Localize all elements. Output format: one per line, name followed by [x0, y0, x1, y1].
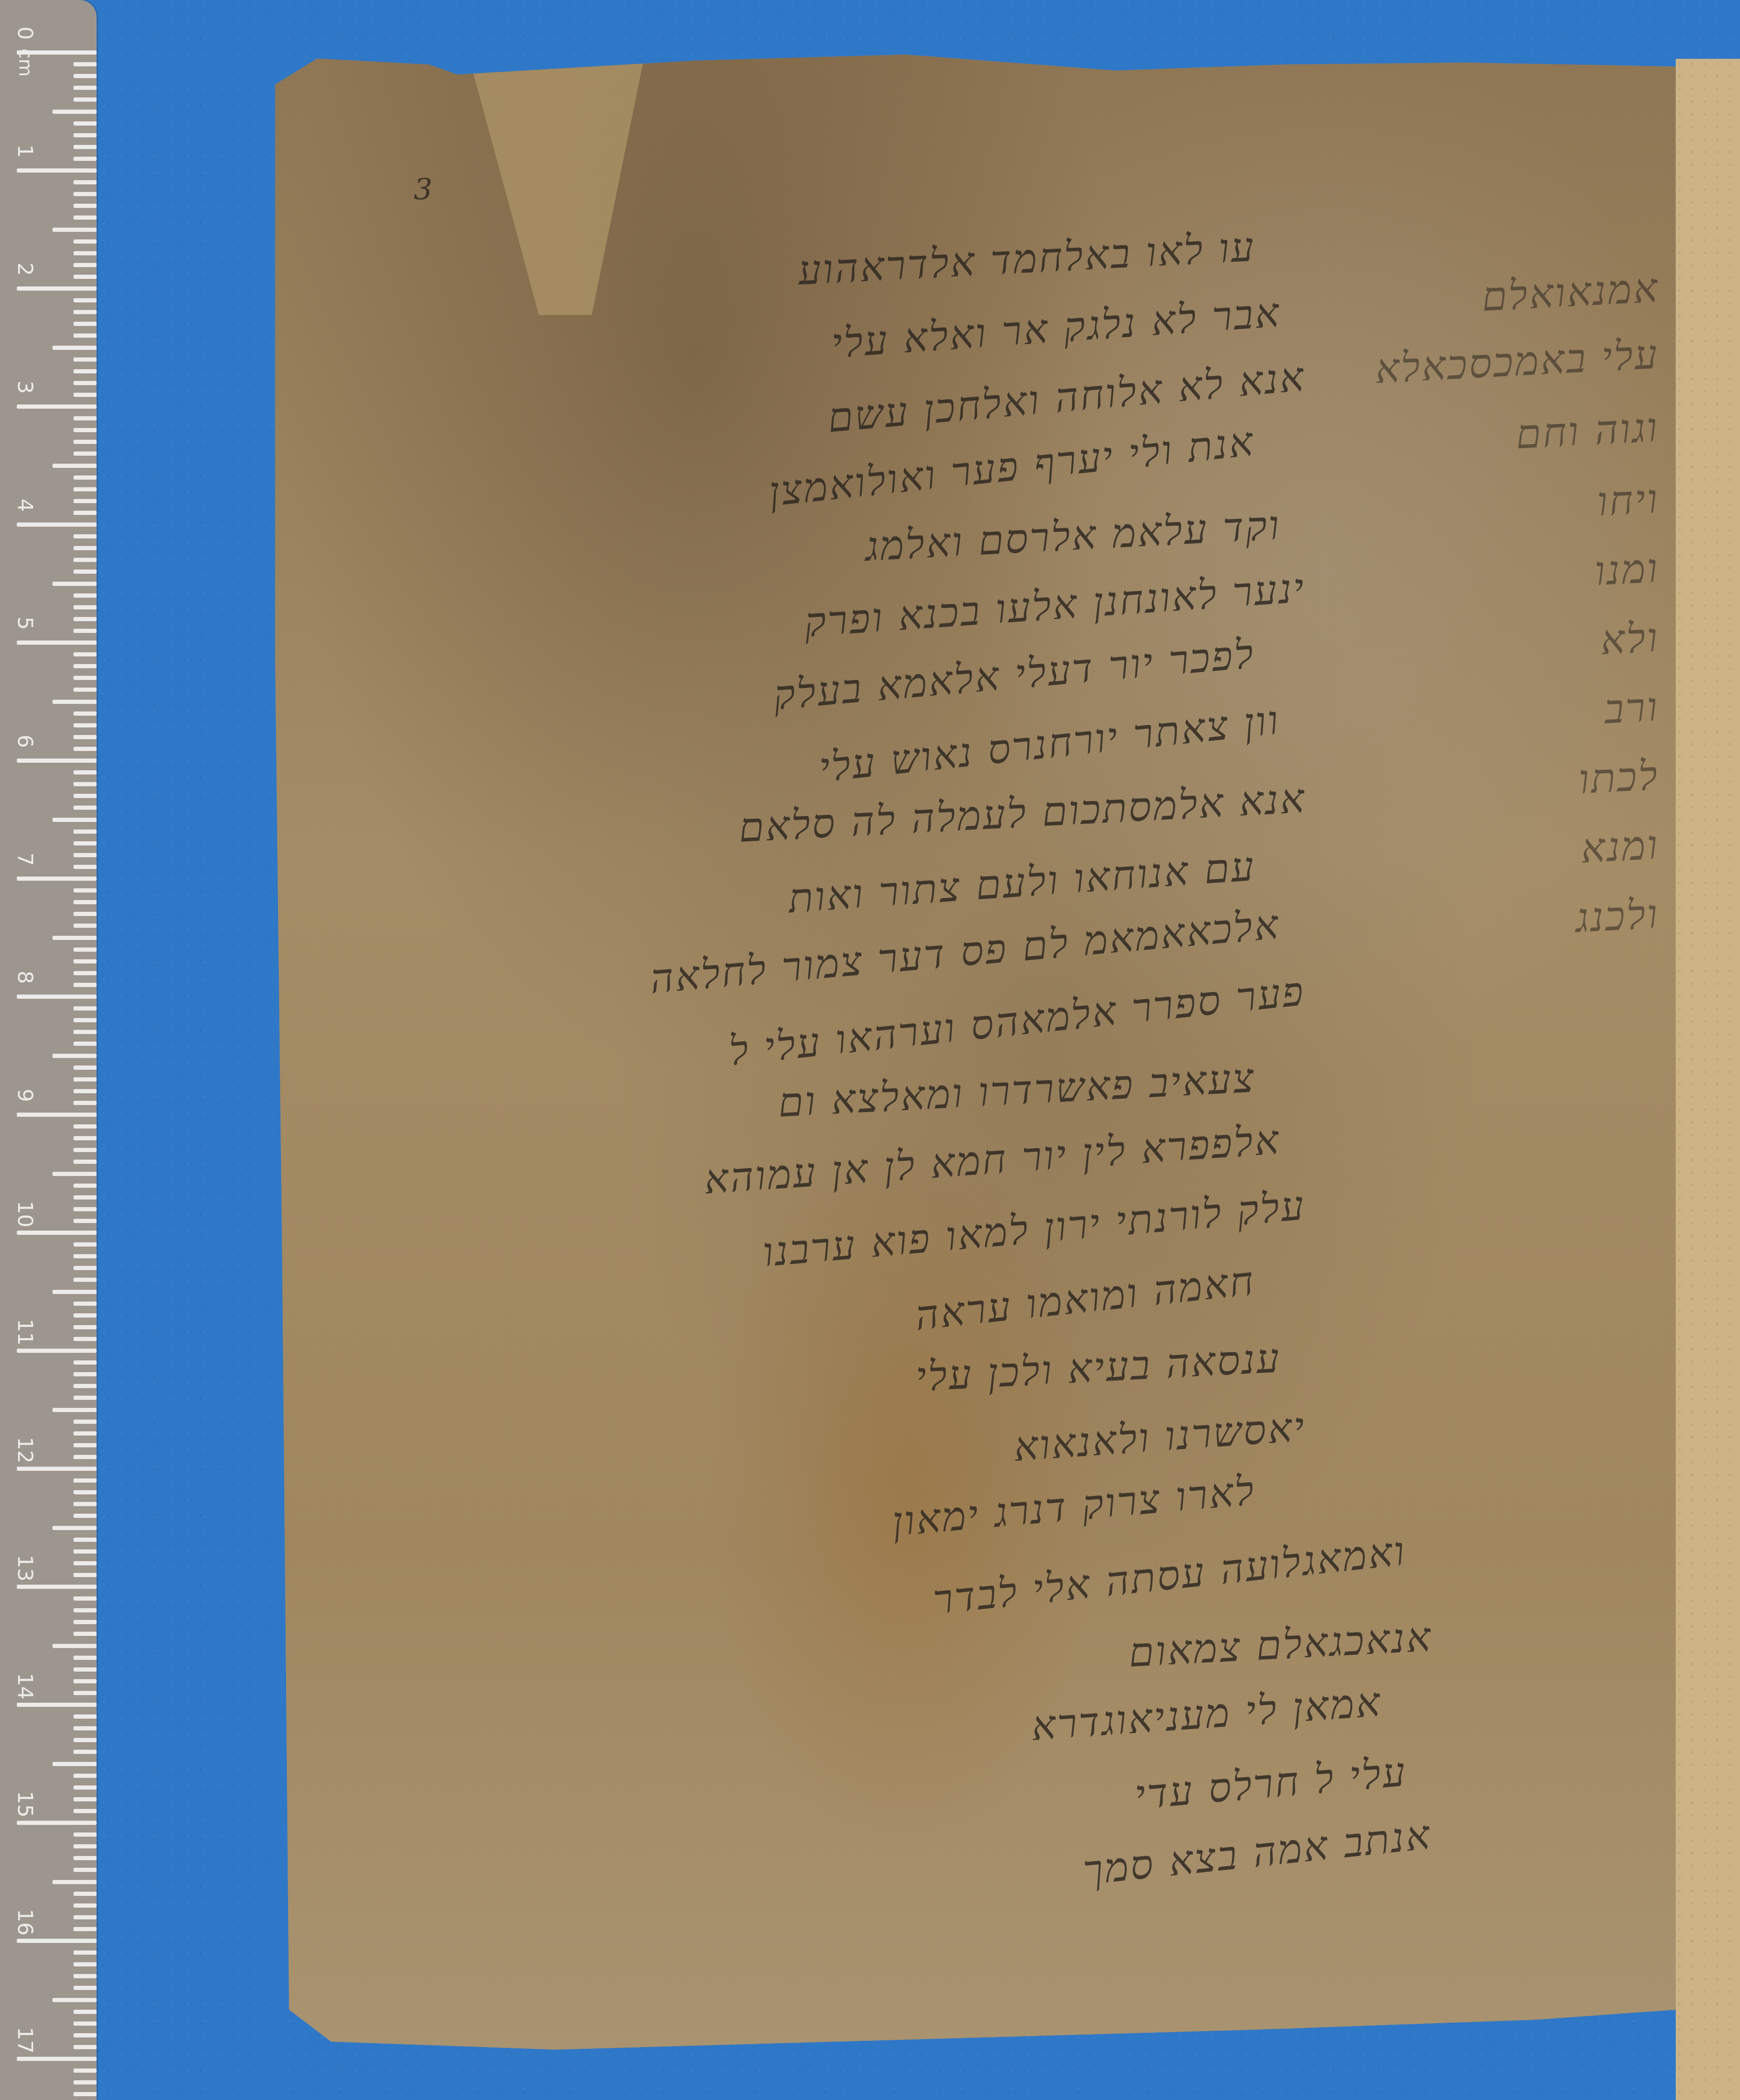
- ruler-tick: [17, 877, 97, 881]
- ruler-tick: [17, 1467, 97, 1471]
- ruler-tick: [17, 168, 97, 173]
- ruler-tick: [17, 1231, 97, 1235]
- ruler-number: 14: [13, 1673, 37, 1698]
- manuscript-line: עו לאו באלחמד אלדראהוע: [797, 223, 1257, 294]
- ruler-tick: [73, 215, 97, 220]
- manuscript-fragment: 3 עו לאו באלחמד אלדראהועאבר לא נלגק אר ו…: [275, 55, 1676, 2050]
- manuscript-line: חאמה ומואמו עראה: [913, 1257, 1257, 1339]
- ruler-tick: [73, 900, 97, 904]
- ruler-tick: [52, 228, 97, 232]
- ruler-tick: [73, 1986, 97, 1990]
- manuscript-right-line: אמנאואלם: [1480, 264, 1660, 320]
- ruler-tick: [73, 1656, 97, 1660]
- ruler-tick: [17, 286, 97, 291]
- ruler-tick: [73, 381, 97, 385]
- ruler-tick: [73, 723, 97, 727]
- ruler-tick: [73, 1184, 97, 1188]
- ruler-tick: [73, 1302, 97, 1306]
- torn-area: [468, 55, 645, 315]
- ruler-tick: [73, 2010, 97, 2014]
- ruler-tick: [73, 1478, 97, 1483]
- ruler-tick: [73, 1596, 97, 1601]
- ruler-number: 4: [13, 493, 37, 518]
- ruler-tick: [73, 1136, 97, 1140]
- manuscript-line: יאסשרנו ולאנאוא: [1012, 1403, 1307, 1470]
- ruler-tick: [73, 1950, 97, 1955]
- ruler-tick: [73, 617, 97, 621]
- ruler-tick: [17, 640, 97, 645]
- manuscript-line: אמאן לי מעניאוגדרא: [1030, 1678, 1383, 1750]
- ruler-tick: [52, 110, 97, 114]
- ruler-tick: [73, 1844, 97, 1848]
- ruler-tick: [73, 428, 97, 432]
- ruler-tick: [73, 794, 97, 798]
- ruler-number: 17: [13, 2027, 37, 2052]
- ruler-tick: [52, 464, 97, 468]
- manuscript-line: אבר לא נלגק אר ואלא עלי: [830, 289, 1282, 367]
- ruler-tick: [73, 511, 97, 515]
- ruler-tick: [73, 416, 97, 420]
- ruler-tick: [73, 322, 97, 326]
- ruler-tick: [73, 1077, 97, 1081]
- manuscript-line: אנאכגאלם צמאום: [1127, 1613, 1433, 1676]
- ruler-tick: [52, 346, 97, 350]
- ruler-tick: [73, 1573, 97, 1577]
- ruler-tick: [73, 546, 97, 550]
- ruler-tick: [73, 1148, 97, 1152]
- ruler-number: 9: [13, 1083, 37, 1108]
- ruler-tick: [73, 711, 97, 716]
- ruler-tick: [17, 522, 97, 527]
- ruler-tick: [73, 1691, 97, 1695]
- ruler-tick: [73, 451, 97, 456]
- ruler-tick: [17, 2057, 97, 2061]
- margin-mark: 3: [414, 172, 434, 207]
- ruler-tick: [73, 1124, 97, 1129]
- ruler-number: 3: [13, 375, 37, 400]
- ruler-tick: [73, 747, 97, 751]
- ruler-tick: [73, 1066, 97, 1070]
- ruler-tick: [52, 582, 97, 586]
- manuscript-right-line: וגוה וחם: [1514, 404, 1660, 458]
- ruler-tick: [73, 853, 97, 857]
- ruler-tick: [73, 676, 97, 680]
- ruler-tick: [73, 1018, 97, 1022]
- ruler-tick: [73, 888, 97, 892]
- ruler-tick: [73, 1726, 97, 1730]
- ruler-number: 13: [13, 1555, 37, 1580]
- ruler-tick: [17, 1113, 97, 1117]
- ruler-tick: [52, 936, 97, 940]
- ruler-number: 7: [13, 847, 37, 872]
- ruler-number: 1: [13, 139, 37, 164]
- ruler-tick: [73, 1278, 97, 1282]
- ruler-tick: [73, 1620, 97, 1624]
- ruler-tick: [73, 1714, 97, 1719]
- ruler-tick: [73, 475, 97, 480]
- ruler-tick: [73, 2092, 97, 2096]
- ruler-tick: [73, 275, 97, 279]
- ruler-tick: [73, 145, 97, 149]
- ruler-tick: [73, 1195, 97, 1200]
- ruler-tick: [73, 1502, 97, 1506]
- ruler-number: 0: [13, 21, 37, 46]
- ruler-tick: [73, 333, 97, 338]
- ruler-tick: [73, 1207, 97, 1211]
- ruler-number: 8: [13, 965, 37, 990]
- ruler-tick: [73, 2080, 97, 2084]
- manuscript-line: לארו צרוק דנרג ימאון: [890, 1467, 1257, 1545]
- ruler-tick: [73, 629, 97, 633]
- ruler-tick: [17, 1585, 97, 1589]
- ruler-tick: [52, 1054, 97, 1058]
- ruler-tick: [73, 735, 97, 739]
- ruler-tick: [73, 1797, 97, 1801]
- backing-paper-strip: [1676, 59, 1740, 2100]
- ruler-tick: [73, 157, 97, 161]
- manuscript-line: ואמאגלועה עסתה אלי לבדר: [931, 1527, 1408, 1624]
- ruler-number: 5: [13, 611, 37, 636]
- manuscript-right-line: ולא: [1599, 614, 1660, 664]
- ruler-tick: [73, 97, 97, 102]
- ruler-number: 10: [13, 1201, 37, 1226]
- ruler-tick: [73, 1313, 97, 1318]
- ruler-number: 16: [13, 1909, 37, 1934]
- ruler-tick: [73, 2045, 97, 2049]
- ruler-tick: [73, 912, 97, 916]
- ruler-tick: [73, 1632, 97, 1636]
- ruler-tick: [52, 700, 97, 704]
- manuscript-line: אנתב אמה בצא סמך: [1081, 1811, 1434, 1894]
- manuscript-right-line: לכתו: [1577, 752, 1660, 803]
- ruler-tick: [73, 1490, 97, 1494]
- ruler-tick: [73, 1892, 97, 1896]
- ruler-tick: [73, 829, 97, 834]
- ruler-tick: [73, 1738, 97, 1742]
- manuscript-right-line: ומנו: [1593, 544, 1660, 595]
- ruler-tick: [73, 770, 97, 774]
- ruler-tick: [73, 1667, 97, 1672]
- manuscript-right-line: ויחו: [1596, 475, 1660, 525]
- ruler-tick: [73, 1455, 97, 1459]
- ruler: cm 01234567891011121314151617: [0, 0, 97, 2100]
- ruler-tick: [73, 605, 97, 609]
- manuscript-right-line: ומנא: [1580, 821, 1660, 872]
- ruler-tick: [73, 251, 97, 255]
- ruler-tick: [52, 1998, 97, 2002]
- ruler-tick: [73, 664, 97, 668]
- ruler-tick: [73, 558, 97, 562]
- ruler-tick: [73, 570, 97, 574]
- manuscript-line: וון צאתר יורחנרס נאוש עלי: [817, 696, 1282, 792]
- manuscript-right-line: ולכנג: [1574, 890, 1660, 942]
- ruler-tick: [52, 1172, 97, 1176]
- ruler-tick: [73, 239, 97, 244]
- ruler-tick: [73, 1514, 97, 1518]
- ruler-tick: [73, 133, 97, 137]
- ruler-tick: [73, 1384, 97, 1388]
- ruler-tick: [73, 841, 97, 845]
- ruler-tick: [73, 806, 97, 810]
- ruler-tick: [73, 924, 97, 928]
- ruler-tick: [73, 1396, 97, 1400]
- ruler-tick: [73, 357, 97, 362]
- ruler-tick: [52, 1880, 97, 1884]
- manuscript-line: אלפפרא לין יור חמא לן אן עמוהא: [703, 1116, 1282, 1203]
- ruler-tick: [73, 62, 97, 66]
- ruler-tick: [73, 1030, 97, 1034]
- ruler-tick: [73, 1561, 97, 1565]
- manuscript-line: וקד עלאמ אלרסם ואלמג: [864, 501, 1282, 570]
- ruler-tick: [73, 1431, 97, 1436]
- ruler-tick: [52, 1762, 97, 1766]
- ruler-number: 15: [13, 1791, 37, 1816]
- manuscript-right-line: עלי באמכסכאלא: [1374, 331, 1660, 392]
- ruler-tick: [73, 959, 97, 963]
- ruler-tick: [73, 1868, 97, 1872]
- manuscript-line: ענסאה בעיא ולכן עלי: [914, 1334, 1282, 1400]
- ruler-number: 2: [13, 257, 37, 282]
- ruler-tick: [73, 971, 97, 975]
- ruler-tick: [73, 1160, 97, 1164]
- ruler-tick: [73, 1903, 97, 1908]
- ruler-tick: [73, 688, 97, 692]
- ruler-tick: [73, 1774, 97, 1778]
- ruler-tick: [73, 1254, 97, 1258]
- ruler-tick: [73, 192, 97, 196]
- ruler-tick: [73, 1809, 97, 1813]
- ruler-tick: [73, 1549, 97, 1554]
- ruler-tick: [52, 1526, 97, 1530]
- ruler-tick: [73, 782, 97, 786]
- ruler-tick: [73, 1337, 97, 1341]
- ruler-tick: [17, 50, 97, 55]
- ruler-tick: [52, 1408, 97, 1412]
- ruler-tick: [73, 1927, 97, 1931]
- ruler-tick: [73, 204, 97, 208]
- ruler-tick: [73, 1089, 97, 1093]
- ruler-tick: [73, 1042, 97, 1046]
- ruler-tick: [17, 759, 97, 763]
- ruler-tick: [73, 2021, 97, 2026]
- ruler-tick: [52, 818, 97, 822]
- ruler-tick: [73, 86, 97, 90]
- ruler-tick: [73, 1443, 97, 1447]
- ruler-tick: [73, 369, 97, 373]
- ruler-number: 11: [13, 1319, 37, 1344]
- ruler-tick: [73, 487, 97, 491]
- ruler-tick: [73, 1219, 97, 1223]
- ruler-tick: [73, 499, 97, 503]
- ruler-tick: [17, 1939, 97, 1943]
- ruler-tick: [73, 1750, 97, 1754]
- ruler-tick: [17, 1821, 97, 1825]
- ruler-tick: [73, 1372, 97, 1376]
- ruler-number: 6: [13, 729, 37, 754]
- ruler-tick: [73, 1608, 97, 1612]
- ruler-tick: [73, 180, 97, 184]
- ruler-tick: [17, 404, 97, 409]
- ruler-tick: [17, 1349, 97, 1353]
- ruler-tick: [73, 983, 97, 987]
- ruler-tick: [73, 865, 97, 869]
- ruler-tick: [73, 652, 97, 656]
- ruler-tick: [17, 1703, 97, 1707]
- ruler-tick: [52, 1644, 97, 1648]
- ruler-tick: [73, 263, 97, 267]
- ruler-tick: [73, 298, 97, 302]
- manuscript-line: עלי ל חרלס עדי: [1133, 1748, 1409, 1819]
- ruler-tick: [73, 2033, 97, 2037]
- ruler-tick: [73, 1785, 97, 1790]
- ruler-tick: [73, 393, 97, 397]
- ruler-tick: [73, 121, 97, 126]
- ruler-tick: [73, 948, 97, 952]
- ruler-tick: [73, 1420, 97, 1424]
- ruler-tick: [73, 1266, 97, 1270]
- ruler-tick: [73, 1962, 97, 1966]
- ruler-tick: [73, 1832, 97, 1837]
- manuscript-right-line: ורב: [1603, 683, 1660, 733]
- ruler-tick: [17, 995, 97, 999]
- ruler-tick: [73, 1325, 97, 1329]
- ruler-tick: [73, 74, 97, 78]
- ruler-tick: [73, 2068, 97, 2073]
- manuscript-line: צעאיב פאשרדרו ומאלצא ום: [777, 1054, 1257, 1126]
- ruler-tick: [73, 1679, 97, 1683]
- ruler-tick: [73, 593, 97, 598]
- ruler-tick: [73, 1915, 97, 1919]
- ruler-tick: [73, 534, 97, 538]
- ruler-tick: [73, 1006, 97, 1011]
- ruler-number: 12: [13, 1437, 37, 1462]
- ruler-tick: [73, 1538, 97, 1542]
- ruler-tick: [73, 1360, 97, 1365]
- ruler-tick: [52, 1290, 97, 1294]
- ruler-tick: [73, 1974, 97, 1978]
- ruler-tick: [73, 1101, 97, 1105]
- ruler-tick: [73, 440, 97, 444]
- ruler-tick: [73, 310, 97, 314]
- ruler-tick: [73, 1242, 97, 1247]
- ruler-tick: [73, 1856, 97, 1860]
